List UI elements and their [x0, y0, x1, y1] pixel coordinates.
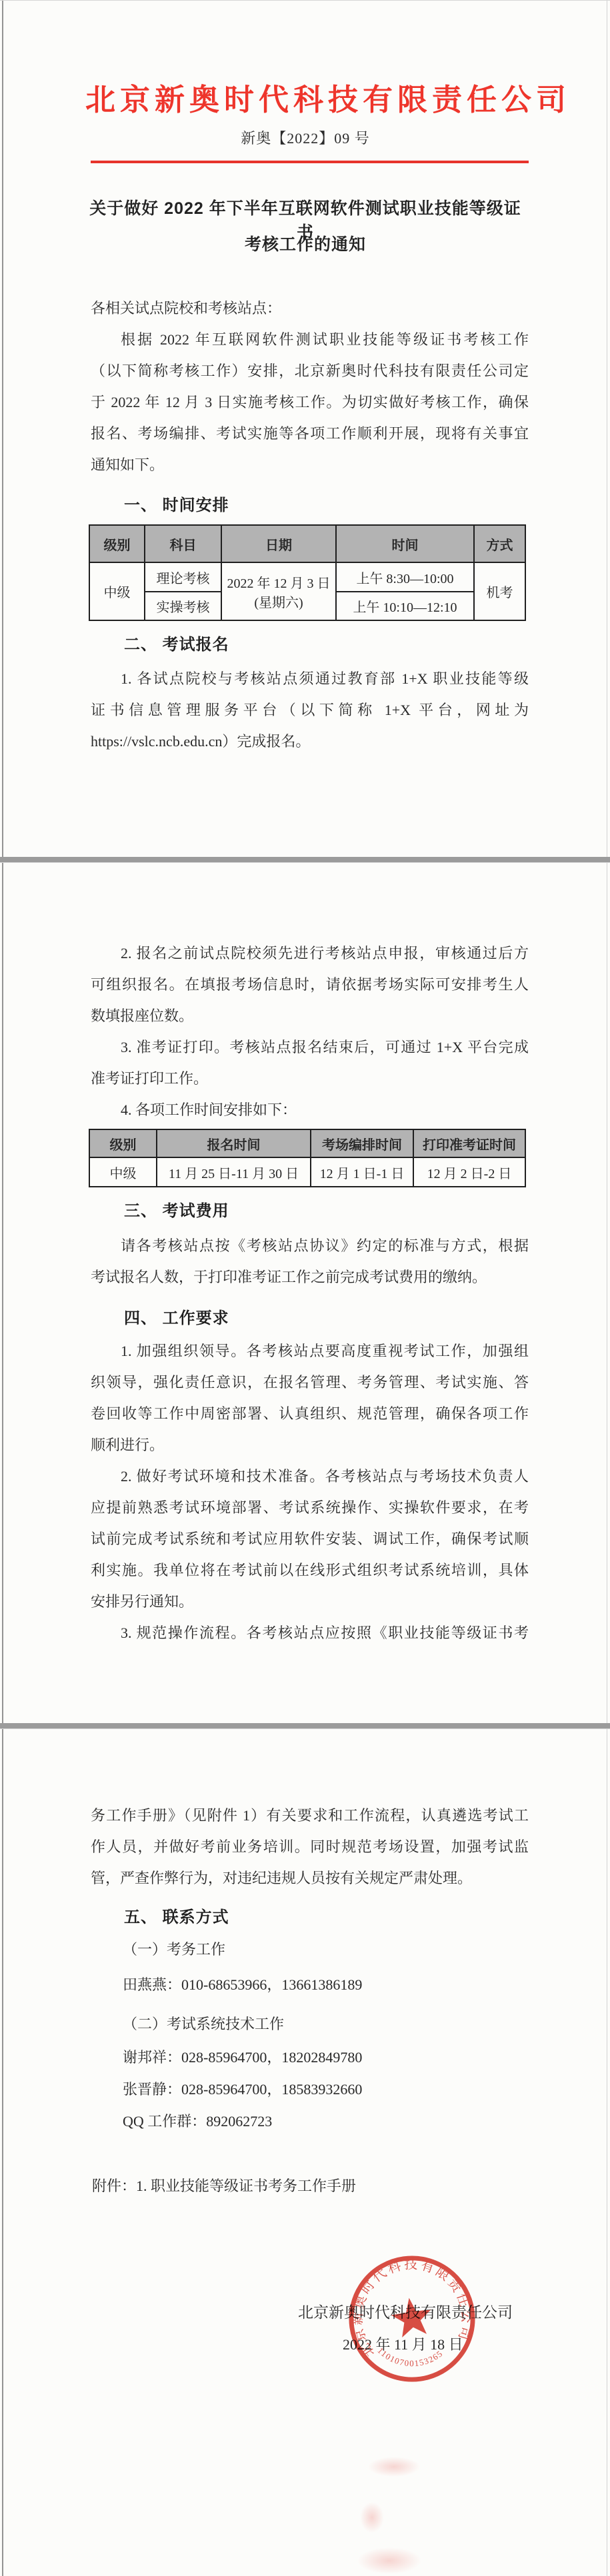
print-time-cell: 12 月 2 日-2 日 — [413, 1157, 525, 1187]
subject-cell: 理论考核 — [145, 562, 221, 592]
body-line: 2. 做好考试环境和技术准备。各考核站点与考场技术负责人 — [91, 1467, 529, 1487]
body-line: 证书信息管理服务平台（以下简称 1+X 平台，网址为 — [91, 700, 529, 720]
body-line: 2. 报名之前试点院校须先进行考核站点申报，审核通过后方 — [91, 944, 529, 964]
body-line: 作人员，并做好考前业务培训。同时规范考场设置，加强考试监 — [91, 1837, 529, 1857]
level-cell: 中级 — [89, 1157, 157, 1187]
date-cell: 2022 年 12 月 3 日 (星期六) — [221, 562, 336, 620]
section-heading-1: 一、 时间安排 — [124, 492, 229, 515]
body-line: 1. 加强组织领导。各考核站点要高度重视考试工作，加强组 — [91, 1341, 529, 1361]
body-line: 可组织报名。在填报考场信息时，请依据考场实际可安排考生人 — [91, 975, 529, 995]
section-heading-2: 二、 考试报名 — [124, 631, 229, 654]
body-line: 1. 各试点院校与考核站点须通过教育部 1+X 职业技能等级 — [91, 669, 529, 689]
contact-group-label: （一）考务工作 — [123, 1940, 225, 1960]
body-line: 准考证打印工作。 — [91, 1069, 529, 1089]
header-cell: 打印准考证时间 — [413, 1129, 525, 1157]
body-line: 数填报座位数。 — [91, 1006, 529, 1026]
table-header-row: 级别 报名时间 考场编排时间 打印准考证时间 — [89, 1129, 525, 1157]
section-heading-5: 五、 联系方式 — [124, 1904, 229, 1927]
contact-line: 张晋静：028-85964700，18583932660 — [123, 2080, 362, 2100]
body-line: 3. 准考证打印。考核站点报名结束后，可通过 1+X 平台完成 — [91, 1037, 529, 1057]
body-line: 安排另行通知。 — [91, 1592, 529, 1612]
schedule-table: 级别 科目 日期 时间 方式 中级 理论考核 2022 年 12 月 3 日 (… — [89, 524, 526, 621]
section-heading-4: 四、 工作要求 — [124, 1305, 229, 1328]
company-seal: 北京新奥时代科技有限责任公司 11010700153265 — [337, 2244, 487, 2393]
body-line: （以下简称考核工作）安排，北京新奥时代科技有限责任公司定 — [91, 361, 529, 381]
table-row: 中级 理论考核 2022 年 12 月 3 日 (星期六) 上午 8:30—10… — [89, 562, 525, 592]
level-cell: 中级 — [89, 562, 145, 620]
contact-line: 田燕燕：010-68653966，13661386189 — [123, 1975, 362, 1995]
page-1: 北京新奥时代科技有限责任公司 新奥【2022】09 号 关于做好 2022 年下… — [0, 0, 610, 857]
body-line: 根据 2022 年互联网软件测试职业技能等级证书考核工作 — [91, 330, 529, 350]
body-line: 考试报名人数，于打印准考证工作之前完成考试费用的缴纳。 — [91, 1267, 529, 1287]
page-3: 务工作手册》（见附件 1）有关要求和工作流程，认真遴选考试工 作人员，并做好考前… — [0, 1728, 610, 2576]
date-line: (星期六) — [222, 592, 335, 611]
body-line: 卷回收等工作中周密部署、认真组织、规范管理，确保各项工作 — [91, 1404, 529, 1424]
ink-bleed-mark — [360, 2502, 384, 2533]
ink-bleed-mark — [368, 2457, 420, 2477]
time-cell: 上午 8:30—10:00 — [336, 562, 474, 592]
section-heading-3: 三、 考试费用 — [124, 1197, 229, 1221]
body-line: 应提前熟悉考试环境部署、考试系统操作、实操软件要求，在考 — [91, 1498, 529, 1518]
doc-number: 新奥【2022】09 号 — [85, 127, 525, 148]
contact-line: 谢邦祥：028-85964700，18202849780 — [123, 2048, 362, 2068]
date-line: 2022 年 12 月 3 日 — [222, 572, 335, 592]
mode-cell: 机考 — [474, 562, 525, 620]
body-line: 管，严查作弊行为，对违纪违规人员按有关规定严肃处理。 — [91, 1868, 529, 1888]
body-line: https://vslc.ncb.edu.cn）完成报名。 — [91, 732, 529, 752]
body-line: 顺利进行。 — [91, 1435, 529, 1455]
table-row: 中级 11 月 25 日-11 月 30 日 12 月 1 日-1 日 12 月… — [89, 1157, 525, 1187]
header-cell: 科目 — [145, 525, 221, 562]
table-header-row: 级别 科目 日期 时间 方式 — [89, 525, 525, 562]
body-line: 务工作手册》（见附件 1）有关要求和工作流程，认真遴选考试工 — [91, 1806, 529, 1826]
contact-group-label: （二）考试系统技术工作 — [123, 2014, 284, 2034]
star-icon — [389, 2295, 435, 2338]
arrange-time-cell: 12 月 1 日-1 日 — [311, 1157, 413, 1187]
body-line: 4. 各项工作时间安排如下： — [91, 1100, 529, 1120]
page-2: 2. 报名之前试点院校须先进行考核站点申报，审核通过后方 可组织报名。在填报考场… — [0, 862, 610, 1723]
header-cell: 日期 — [221, 525, 336, 562]
header-cell: 报名时间 — [157, 1129, 311, 1157]
red-divider — [91, 161, 529, 163]
header-cell: 考场编排时间 — [311, 1129, 413, 1157]
body-line: 利实施。我单位将在考试前以在线形式组织考试系统培训，具体 — [91, 1561, 529, 1581]
header-cell: 级别 — [89, 1129, 157, 1157]
subject-cell: 实操考核 — [145, 592, 221, 620]
body-line: 3. 规范操作流程。各考核站点应按照《职业技能等级证书考 — [91, 1623, 529, 1643]
header-cell: 时间 — [336, 525, 474, 562]
notice-title-line2: 考核工作的通知 — [85, 231, 525, 255]
body-line: 织领导，强化责任意识，在报名管理、考务管理、考试实施、答 — [91, 1373, 529, 1393]
header-cell: 级别 — [89, 525, 145, 562]
company-title: 北京新奥时代科技有限责任公司 — [85, 75, 525, 119]
seal-number-arc: 11010700153265 — [375, 2337, 446, 2373]
body-line: 于 2022 年 12 月 3 日实施考核工作。为切实做好考核工作，确保 — [91, 392, 529, 412]
header-cell: 方式 — [474, 525, 525, 562]
body-line: 报名、考场编排、考试实施等各项工作顺利开展，现将有关事宜 — [91, 424, 529, 444]
ink-bleed-mark — [357, 2547, 421, 2574]
time-cell: 上午 10:10—12:10 — [336, 592, 474, 620]
contact-line: QQ 工作群：892062723 — [123, 2112, 272, 2132]
body-line: 通知如下。 — [91, 455, 529, 475]
reg-time-cell: 11 月 25 日-11 月 30 日 — [157, 1157, 311, 1187]
body-line: 请各考核站点按《考核站点协议》约定的标准与方式，根据 — [91, 1236, 529, 1256]
attachment-line: 附件：1. 职业技能等级证书考务工作手册 — [92, 2176, 356, 2196]
body-line: 试前完成考试系统和考试应用软件安装、调试工作，确保考试顺 — [91, 1529, 529, 1549]
salutation: 各相关试点院校和考核站点： — [91, 299, 281, 319]
work-schedule-table: 级别 报名时间 考场编排时间 打印准考证时间 中级 11 月 25 日-11 月… — [89, 1129, 526, 1187]
